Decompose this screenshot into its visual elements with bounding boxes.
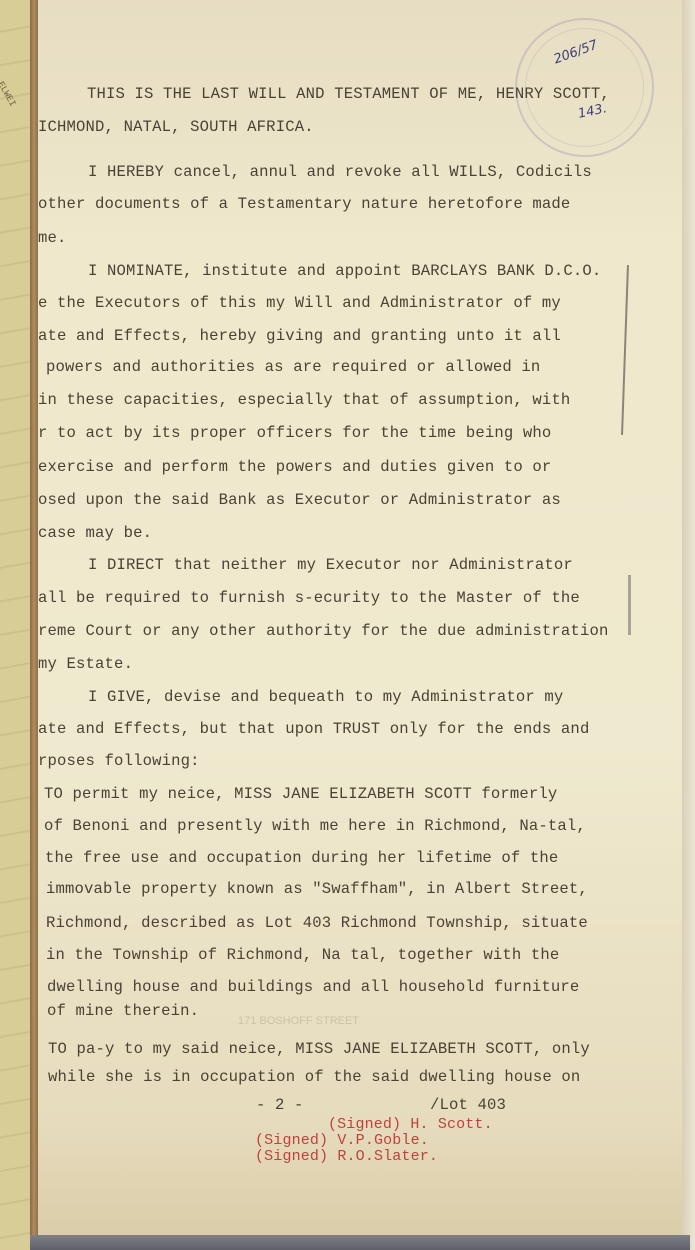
pencil-margin-mark: [628, 575, 631, 635]
text-line: of mine therein.: [47, 1002, 199, 1020]
binding-margin: ELWEI: [0, 0, 34, 1250]
text-line: the free use and occupation during her l…: [45, 849, 558, 867]
text-line: ICHMOND, NATAL, SOUTH AFRICA.: [38, 118, 314, 136]
text-line: r to act by its proper officers for the …: [38, 424, 551, 442]
text-line: exercise and perform the powers and duti…: [38, 458, 551, 476]
text-line: immovable property known as "Swaffham", …: [46, 880, 588, 898]
text-line: e the Executors of this my Will and Admi…: [38, 294, 561, 312]
show-through-text: 171 BOSHOFF STREET: [238, 1015, 359, 1027]
text-line: TO permit my neice, MISS JANE ELIZABETH …: [44, 785, 557, 803]
signature-line: (Signed) H. Scott.: [328, 1116, 493, 1133]
signature-line: (Signed) R.O.Slater.: [255, 1148, 438, 1165]
page-spine: [30, 0, 38, 1250]
binding-label: ELWEI: [0, 80, 18, 108]
text-line: reme Court or any other authority for th…: [38, 622, 608, 640]
text-line: THIS IS THE LAST WILL AND TESTAMENT OF M…: [87, 85, 610, 103]
text-line: rposes following:: [38, 752, 200, 770]
signature-line: (Signed) V.P.Goble.: [255, 1132, 429, 1149]
text-line: of Benoni and presently with me here in …: [44, 817, 586, 835]
text-line: my Estate.: [38, 655, 133, 673]
catchword: /Lot 403: [430, 1096, 506, 1114]
text-line: ate and Effects, but that upon TRUST onl…: [38, 720, 589, 738]
page-number: - 2 -: [256, 1096, 304, 1114]
text-line: in the Township of Richmond, Na tal, tog…: [46, 946, 559, 964]
text-line: dwelling house and buildings and all hou…: [47, 978, 579, 996]
text-line: ate and Effects, hereby giving and grant…: [38, 327, 561, 345]
text-line: I NOMINATE, institute and appoint BARCLA…: [88, 262, 601, 280]
text-line: Richmond, described as Lot 403 Richmond …: [46, 914, 588, 932]
text-line: I GIVE, devise and bequeath to my Admini…: [88, 688, 563, 706]
bottom-edge: [30, 1235, 690, 1250]
text-line: I DIRECT that neither my Executor nor Ad…: [88, 556, 573, 574]
text-line: all be required to furnish s-ecurity to …: [38, 589, 580, 607]
text-line: TO pa-y to my said neice, MISS JANE ELIZ…: [48, 1040, 590, 1058]
page-edge: [682, 0, 695, 1250]
text-line: while she is in occupation of the said d…: [48, 1068, 580, 1086]
text-line: in these capacities, especially that of …: [38, 391, 570, 409]
text-line: me.: [38, 229, 67, 247]
text-line: osed upon the said Bank as Executor or A…: [38, 491, 561, 509]
text-line: case may be.: [38, 524, 152, 542]
text-line: other documents of a Testamentary nature…: [38, 195, 570, 213]
text-line: powers and authorities as are required o…: [46, 358, 540, 376]
text-line: I HEREBY cancel, annul and revoke all WI…: [88, 163, 592, 181]
